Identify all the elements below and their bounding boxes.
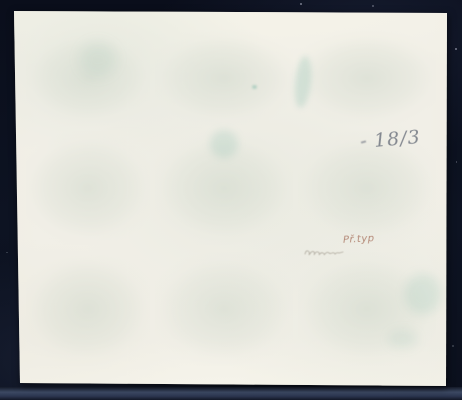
stamp-showthrough-cell <box>26 131 150 245</box>
stamp-block-reverse: 18/3 Př.typ <box>0 0 462 400</box>
stamp-block-wrap: 18/3 Př.typ <box>0 0 462 400</box>
ink-smudge <box>388 330 418 348</box>
stamp-showthrough-cell <box>298 30 436 126</box>
pencil-annotation-fraction: 18/3 <box>373 126 419 152</box>
photo-background: 18/3 Př.typ <box>0 0 462 400</box>
pencil-annotation-type-mark: Př.typ <box>343 233 375 246</box>
ink-smudge <box>210 130 238 158</box>
stamp-showthrough-cell <box>155 30 293 126</box>
stamp-showthrough-cell <box>26 252 150 366</box>
ink-smudge <box>252 85 257 89</box>
stamp-showthrough-cell <box>155 252 293 366</box>
expert-signature-scribble <box>303 246 345 259</box>
ink-smudge <box>80 42 116 76</box>
ink-smudge <box>405 274 441 314</box>
